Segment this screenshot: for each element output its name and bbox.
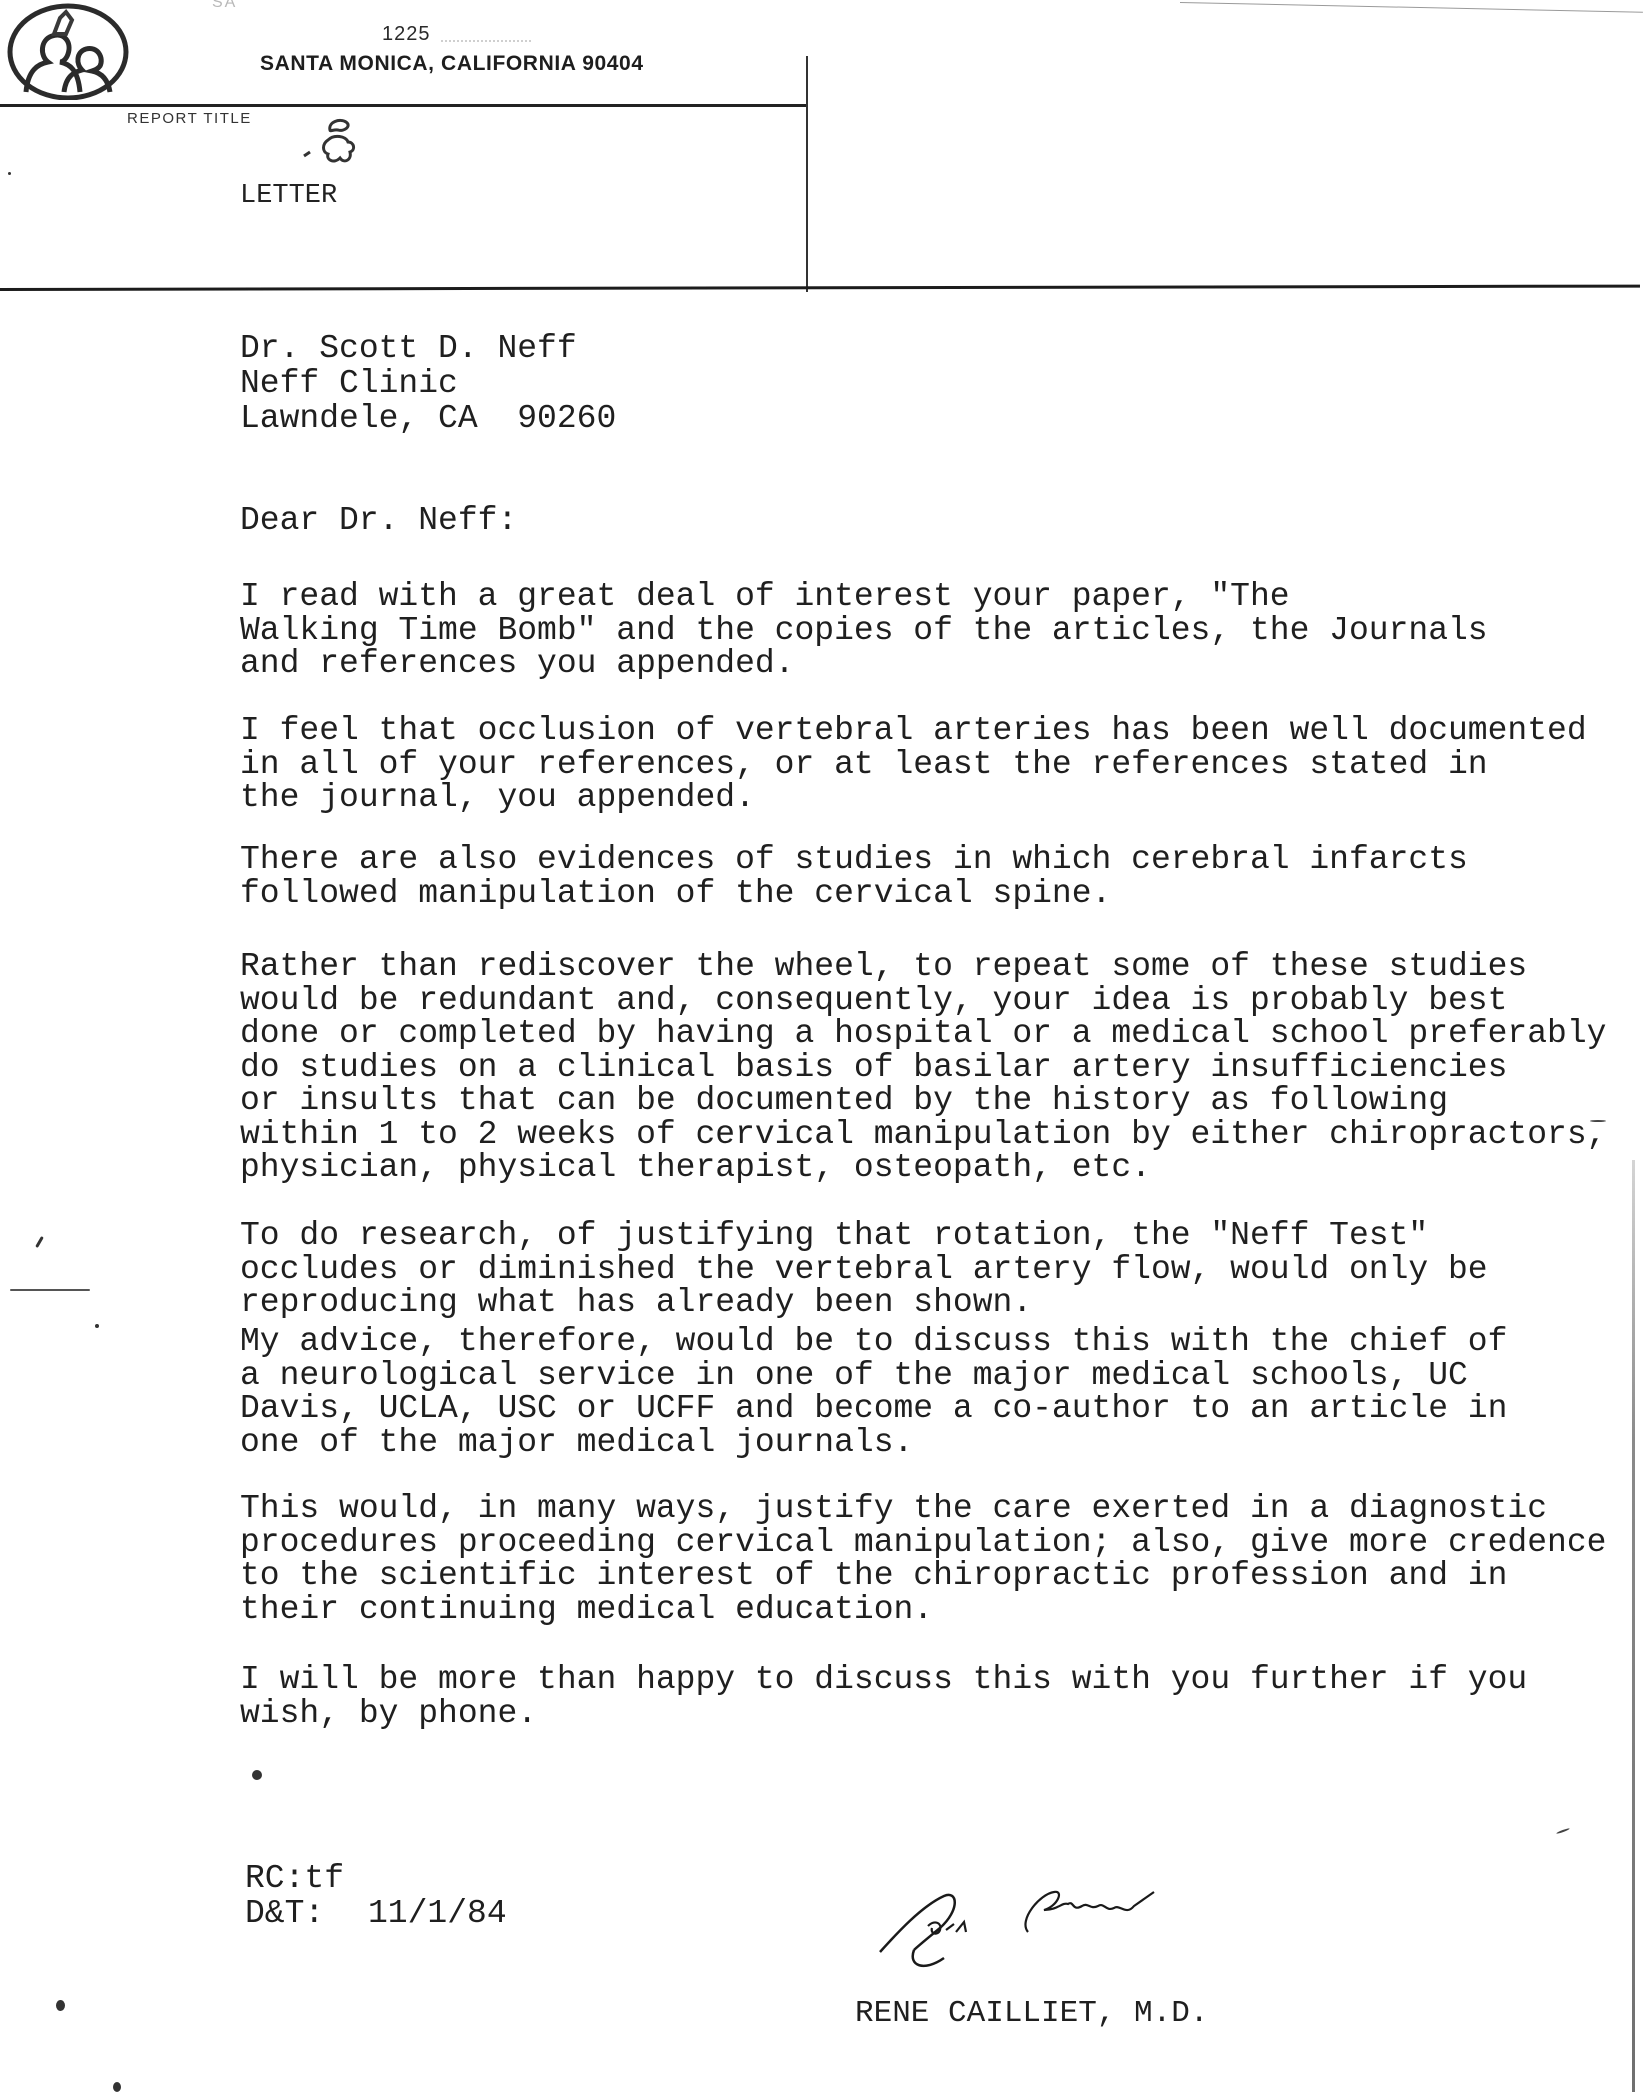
body-line: To do research, of justifying that rotat…	[240, 1219, 1428, 1252]
letterhead-fragment: SA	[212, 0, 237, 12]
body-line: physician, physical therapist, osteopath…	[240, 1151, 1151, 1184]
typist-initials: RC:tf	[245, 1862, 344, 1895]
ink-speck	[1590, 1120, 1606, 1122]
body-line: My advice, therefore, would be to discus…	[240, 1325, 1507, 1358]
signature-icon	[868, 1880, 1218, 1980]
header-rule-top	[0, 104, 808, 107]
recipient-block: Dr. Scott D. Neff Neff Clinic Lawndele, …	[0, 0, 1643, 165]
body-line: procedures proceeding cervical manipulat…	[240, 1526, 1606, 1559]
ink-speck	[95, 1324, 99, 1328]
ink-speck	[35, 1236, 44, 1248]
body-line: and references you appended.	[240, 647, 795, 680]
ink-speck	[8, 172, 11, 175]
body-line: do studies on a clinical basis of basila…	[240, 1051, 1507, 1084]
scan-dash	[10, 1289, 90, 1291]
body-line: Walking Time Bomb" and the copies of the…	[240, 614, 1488, 647]
body-line: occludes or diminished the vertebral art…	[240, 1253, 1488, 1286]
body-line: Rather than rediscover the wheel, to rep…	[240, 950, 1527, 983]
ink-mark-icon	[300, 116, 360, 172]
ink-speck	[56, 2000, 65, 2011]
salutation: Dear Dr. Neff:	[240, 504, 517, 537]
body-line: would be redundant and, consequently, yo…	[240, 984, 1507, 1017]
body-line: wish, by phone.	[240, 1697, 537, 1730]
recipient-organization: Neff Clinic	[240, 367, 458, 400]
body-line: I will be more than happy to discuss thi…	[240, 1663, 1527, 1696]
faded-street-name	[441, 28, 531, 42]
body-line: There are also evidences of studies in w…	[240, 843, 1468, 876]
dictation-label: D&T:	[245, 1897, 324, 1930]
ink-speck	[252, 1770, 262, 1780]
body-line: reproducing what has already been shown.	[240, 1286, 1032, 1319]
body-line: their continuing medical education.	[240, 1593, 933, 1626]
scan-edge-shadow	[1632, 1160, 1635, 2092]
body-line: within 1 to 2 weeks of cervical manipula…	[240, 1118, 1606, 1151]
body-line: I feel that occlusion of vertebral arter…	[240, 714, 1587, 747]
body-line: followed manipulation of the cervical sp…	[240, 877, 1111, 910]
ink-speck	[1556, 1828, 1570, 1835]
body-line: Davis, UCLA, USC or UCFF and become a co…	[240, 1392, 1507, 1425]
body-line: in all of your references, or at least t…	[240, 748, 1488, 781]
letterhead-city: SANTA MONICA, CALIFORNIA 90404	[260, 52, 644, 76]
body-line: This would, in many ways, justify the ca…	[240, 1492, 1547, 1525]
recipient-name: Dr. Scott D. Neff	[240, 332, 577, 365]
family-logo-icon	[4, 0, 132, 100]
report-title-value: LETTER	[240, 181, 337, 211]
body-line: I read with a great deal of interest you…	[240, 580, 1290, 613]
body-line: the journal, you appended.	[240, 781, 755, 814]
signer-name: RENE CAILLIET, M.D.	[855, 1997, 1208, 2030]
street-number: 1225	[382, 23, 431, 45]
recipient-address: Lawndele, CA 90260	[240, 402, 616, 435]
body-line: a neurological service in one of the maj…	[240, 1359, 1468, 1392]
letterhead-street: 1225	[382, 23, 531, 46]
dictation-date: 11/1/84	[368, 1897, 507, 1930]
report-title-label: REPORT TITLE	[127, 110, 252, 127]
header-rule-divider	[806, 56, 808, 292]
body-line: done or completed by having a hospital o…	[240, 1017, 1606, 1050]
ink-speck	[113, 2082, 121, 2092]
body-line: to the scientific interest of the chirop…	[240, 1559, 1507, 1592]
body-line: one of the major medical journals.	[240, 1426, 913, 1459]
body-line: or insults that can be documented by the…	[240, 1084, 1448, 1117]
